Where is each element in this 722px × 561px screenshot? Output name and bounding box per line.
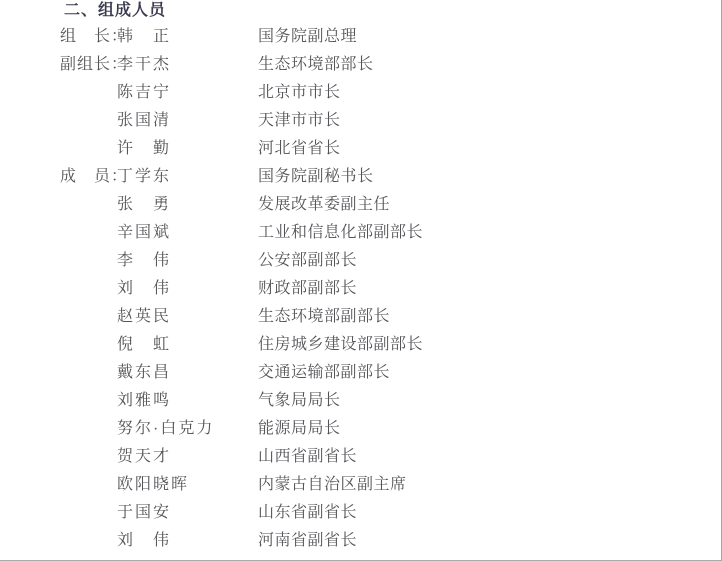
- member-row: 副组长：李干杰生态环境部部长: [0, 51, 721, 79]
- member-name: 于国安: [117, 499, 171, 527]
- member-name: 陈吉宁: [117, 79, 171, 107]
- member-row: 贺天才山西省副省长: [0, 443, 721, 471]
- member-name: 贺天才: [117, 443, 171, 471]
- member-position: 内蒙古自治区副主席: [258, 471, 407, 499]
- member-name: 刘雅鸣: [117, 387, 171, 415]
- member-position: 交通运输部副部长: [258, 359, 390, 387]
- member-name: 刘 伟: [117, 527, 171, 555]
- member-row: 李 伟公安部副部长: [0, 247, 721, 275]
- member-row: 辛国斌工业和信息化部副部长: [0, 219, 721, 247]
- member-position: 公安部副部长: [258, 247, 357, 275]
- member-name: 李 伟: [117, 247, 171, 275]
- member-row: 戴东昌交通运输部副部长: [0, 359, 721, 387]
- member-name: 赵英民: [117, 303, 171, 331]
- member-name: 丁学东: [117, 163, 171, 191]
- member-name: 许 勤: [117, 135, 171, 163]
- member-position: 国务院副总理: [258, 23, 357, 51]
- document-page: 二、组成人员 组 长：韩 正国务院副总理副组长：李干杰生态环境部部长陈吉宁北京市…: [0, 0, 722, 561]
- member-name: 张国清: [117, 107, 171, 135]
- member-position: 能源局局长: [258, 415, 341, 443]
- member-row: 赵英民生态环境部副部长: [0, 303, 721, 331]
- member-name: 刘 伟: [117, 275, 171, 303]
- member-position: 河南省副省长: [258, 527, 357, 555]
- member-row: 成 员：丁学东国务院副秘书长: [0, 163, 721, 191]
- member-name: 韩 正: [117, 23, 171, 51]
- member-row: 张国清天津市市长: [0, 107, 721, 135]
- section-title: 二、组成人员: [64, 2, 166, 20]
- member-name: 努尔·白克力: [117, 415, 214, 443]
- member-row: 倪 虹住房城乡建设部副部长: [0, 331, 721, 359]
- member-row: 于国安山东省副省长: [0, 499, 721, 527]
- member-name: 辛国斌: [117, 219, 171, 247]
- member-position: 北京市市长: [258, 79, 341, 107]
- member-position: 国务院副秘书长: [258, 163, 374, 191]
- member-row: 刘 伟财政部副部长: [0, 275, 721, 303]
- member-row: 张 勇发展改革委副主任: [0, 191, 721, 219]
- member-row: 欧阳晓晖内蒙古自治区副主席: [0, 471, 721, 499]
- member-position: 住房城乡建设部副部长: [258, 331, 423, 359]
- member-position: 山东省副省长: [258, 499, 357, 527]
- member-position: 河北省省长: [258, 135, 341, 163]
- member-position: 生态环境部副部长: [258, 303, 390, 331]
- member-row: 刘雅鸣气象局局长: [0, 387, 721, 415]
- member-rows: 组 长：韩 正国务院副总理副组长：李干杰生态环境部部长陈吉宁北京市市长张国清天津…: [0, 23, 721, 555]
- member-position: 天津市市长: [258, 107, 341, 135]
- member-row: 许 勤河北省省长: [0, 135, 721, 163]
- member-name: 欧阳晓晖: [117, 471, 189, 499]
- member-name: 李干杰: [117, 51, 171, 79]
- member-name: 戴东昌: [117, 359, 171, 387]
- member-position: 气象局局长: [258, 387, 341, 415]
- member-position: 生态环境部部长: [258, 51, 374, 79]
- member-row: 组 长：韩 正国务院副总理: [0, 23, 721, 51]
- member-position: 山西省副省长: [258, 443, 357, 471]
- member-name: 张 勇: [117, 191, 171, 219]
- member-name: 倪 虹: [117, 331, 171, 359]
- member-position: 发展改革委副主任: [258, 191, 390, 219]
- member-position: 工业和信息化部副部长: [258, 219, 423, 247]
- member-position: 财政部副部长: [258, 275, 357, 303]
- member-row: 刘 伟河南省副省长: [0, 527, 721, 555]
- member-row: 陈吉宁北京市市长: [0, 79, 721, 107]
- member-row: 努尔·白克力能源局局长: [0, 415, 721, 443]
